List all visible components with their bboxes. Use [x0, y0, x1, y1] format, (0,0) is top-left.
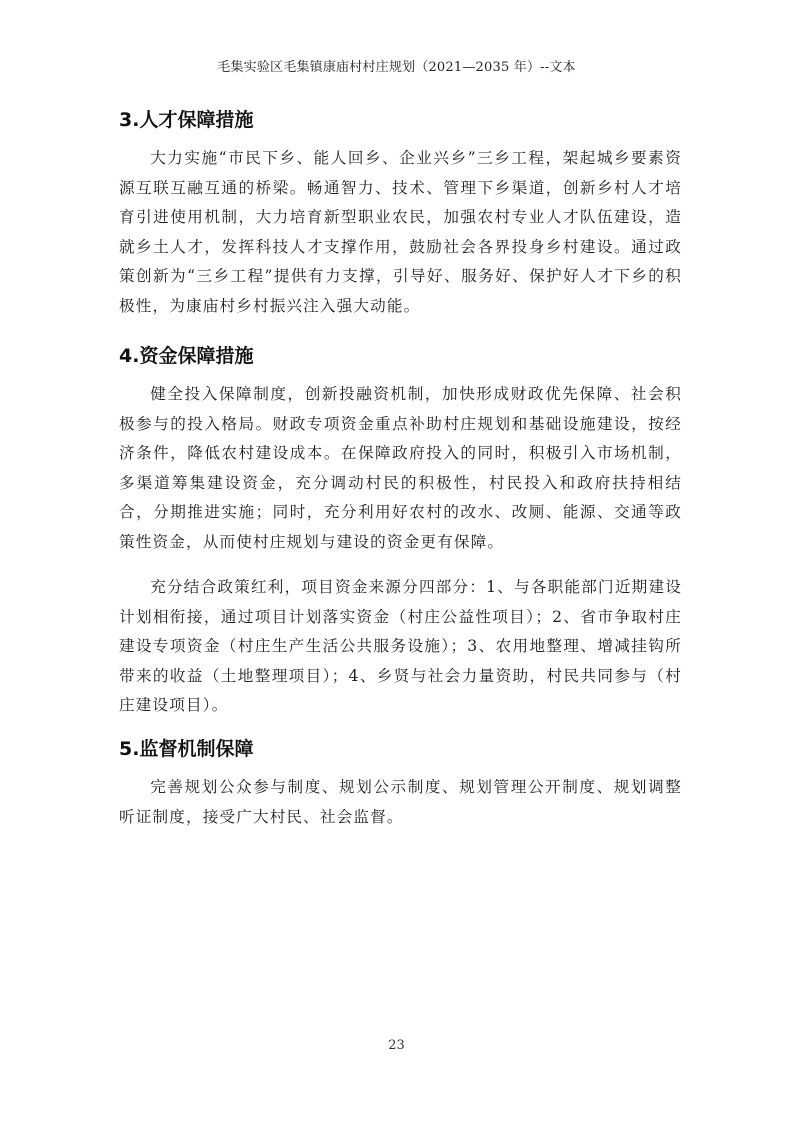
paragraph-supervision: 完善规划公众参与制度、规划公示制度、规划管理公开制度、规划调整听证制度，接受广大… [119, 773, 682, 832]
paragraph-talent: 大力实施“市民下乡、能人回乡、企业兴乡”三乡工程，架起城乡要素资源互联互融互通的… [119, 144, 682, 321]
section-heading-talent: 3.人才保障措施 [119, 102, 253, 138]
section-heading-supervision: 5.监督机制保障 [119, 731, 253, 767]
section-heading-funding: 4.资金保障措施 [119, 338, 253, 374]
page-number: 23 [0, 1038, 793, 1053]
running-header: 毛集实验区毛集镇康庙村村庄规划（2021—2035 年）--文本 [0, 56, 793, 75]
paragraph-funding-2: 充分结合政策红利，项目资金来源分四部分：1、与各职能部门近期建设计划相衔接，通过… [119, 573, 682, 721]
paragraph-funding-1: 健全投入保障制度，创新投融资机制，加快形成财政优先保障、社会积极参与的投入格局。… [119, 380, 682, 557]
